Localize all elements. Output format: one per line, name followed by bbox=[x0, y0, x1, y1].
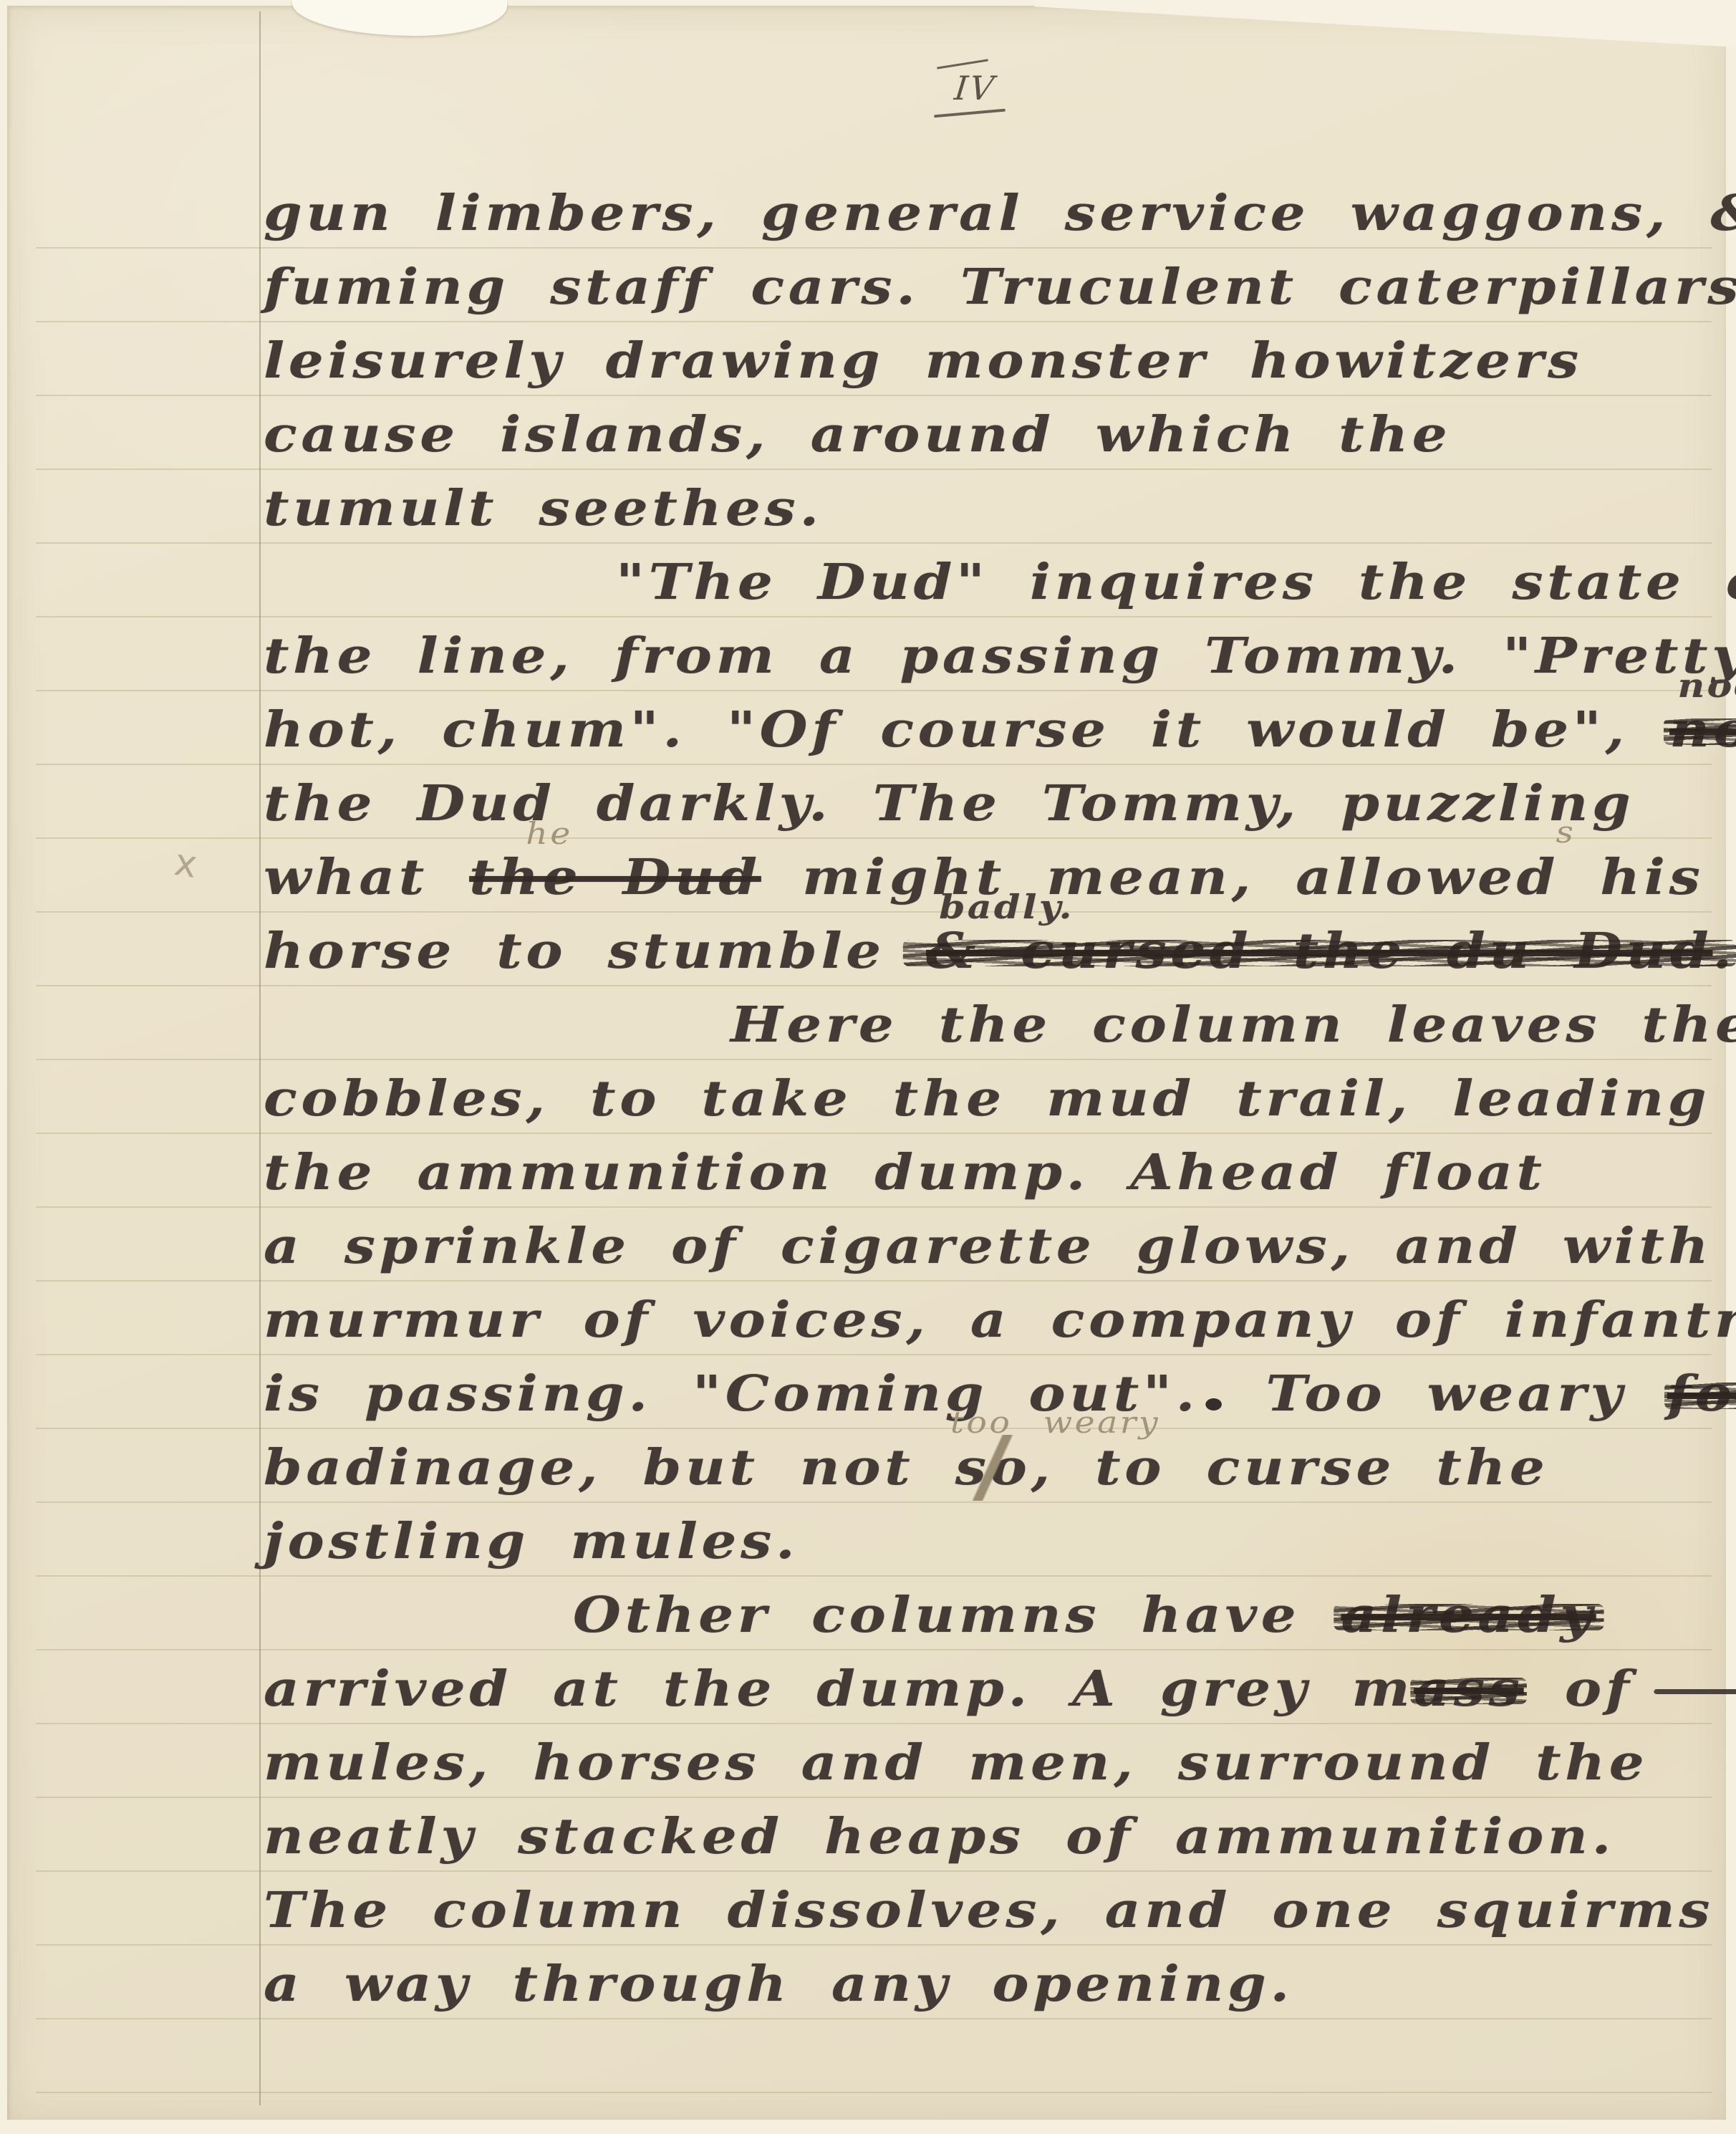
handwriting-text: murmur of voices, a company of infantry bbox=[264, 1292, 1736, 1349]
manuscript-line: fuming staff cars. Truculent caterpillar… bbox=[264, 259, 1736, 316]
handwriting-text: jostling mules. bbox=[264, 1513, 799, 1570]
handwriting-text: Other columns have bbox=[573, 1587, 1341, 1644]
scribbled-out-text: ass bbox=[1414, 1660, 1523, 1718]
handwriting-text: a way through any opening. bbox=[264, 1956, 1293, 2013]
manuscript-line: the Dud darkly. The Tommy, puzzling bbox=[264, 775, 1634, 832]
manuscript-line: badinage, but not too wearyso, to curse … bbox=[264, 1439, 1548, 1496]
manuscript-line: gun limbers, general service waggons, & bbox=[264, 185, 1736, 242]
handwriting-text: the line, from a passing Tommy. "Pretty bbox=[264, 628, 1736, 685]
insertion-text: nods bbox=[1677, 666, 1736, 705]
insertion-text: he bbox=[526, 816, 572, 851]
scribbled-out-text: for bbox=[1667, 1365, 1736, 1423]
handwriting-text: his bbox=[1559, 849, 1704, 906]
manuscript-line: The column dissolves, and one squirms bbox=[264, 1882, 1714, 1939]
handwriting-text: Too weary bbox=[1225, 1365, 1667, 1423]
scribbled-out-text: & cursed the du Dud bbox=[926, 923, 1712, 980]
handwriting-text: horse to stumble bbox=[264, 923, 926, 980]
handwriting-text: Here the column leaves the bbox=[730, 996, 1736, 1054]
handwriting-text: cobbles, to take the mud trail, leading … bbox=[264, 1070, 1736, 1128]
ink-blot bbox=[1205, 1398, 1222, 1410]
manuscript-line: leisurely drawing monster howitzers bbox=[264, 332, 1583, 390]
manuscript-line: murmur of voices, a company of infantry bbox=[264, 1292, 1736, 1349]
manuscript-line: neatly stacked heaps of ammunition. bbox=[264, 1808, 1615, 1865]
handwriting-text: what bbox=[264, 849, 469, 906]
manuscript-line: tumult seethes. bbox=[264, 480, 823, 537]
handwriting-text: might mean, allowed bbox=[761, 849, 1559, 906]
ink-dash bbox=[1654, 1689, 1736, 1694]
manuscript-line: a way through any opening. bbox=[264, 1956, 1293, 2013]
manuscript-line: cobbles, to take the mud trail, leading … bbox=[264, 1070, 1736, 1128]
handwriting-text: the Dud darkly. The Tommy, puzzling bbox=[264, 775, 1634, 832]
manuscript-line: hot, chum". "Of course it would be", nod… bbox=[264, 701, 1736, 759]
scanned-manuscript-screenshot: { "page": { "number": "IV", "margin_mark… bbox=[0, 0, 1736, 2134]
handwriting-text: gun limbers, general service waggons, & bbox=[264, 185, 1736, 242]
manuscript-line: arrived at the dump. A grey mass of bbox=[264, 1660, 1736, 1718]
manuscript-line: horse to stumble badly.& cursed the du D… bbox=[264, 923, 1736, 980]
handwriting-text: "The Dud" inquires the state of bbox=[616, 554, 1736, 611]
handwriting-text: of bbox=[1524, 1660, 1634, 1718]
manuscript-line: Here the column leaves the bbox=[730, 996, 1736, 1054]
struck-out-text: the Dud bbox=[469, 849, 761, 906]
handwriting-text: tumult seethes. bbox=[264, 480, 823, 537]
handwriting-text: badinage, but not bbox=[264, 1439, 955, 1496]
pencil-struck-text: so bbox=[955, 1439, 1031, 1496]
manuscript: gun limbers, general service waggons, &f… bbox=[0, 0, 1736, 2134]
manuscript-line: the ammunition dump. Ahead float bbox=[264, 1144, 1546, 1201]
scribbled-out-text: nodds bbox=[1669, 701, 1736, 759]
handwriting-text: arrived at the dump. A grey m bbox=[264, 1660, 1414, 1718]
manuscript-line: the line, from a passing Tommy. "Pretty bbox=[264, 628, 1736, 685]
handwriting-text: neatly stacked heaps of ammunition. bbox=[264, 1808, 1615, 1865]
manuscript-line: "The Dud" inquires the state of bbox=[616, 554, 1736, 611]
manuscript-line: Other columns have already bbox=[573, 1587, 1596, 1644]
handwriting-text: a sprinkle of cigarette glows, and with … bbox=[264, 1218, 1736, 1275]
manuscript-line: jostling mules. bbox=[264, 1513, 799, 1570]
handwriting-text: The column dissolves, and one squirms bbox=[264, 1882, 1714, 1939]
handwriting-text: fuming staff cars. Truculent caterpillar… bbox=[264, 259, 1736, 316]
handwriting-text: , to curse the bbox=[1031, 1439, 1549, 1496]
insertion-text: s bbox=[1556, 814, 1576, 850]
handwriting-text: hot, chum". "Of course it would be", bbox=[264, 701, 1669, 759]
handwriting-text: cause islands, around which the bbox=[264, 406, 1451, 463]
scribbled-out-text: already bbox=[1341, 1587, 1596, 1644]
manuscript-line: mules, horses and men, surround the bbox=[264, 1734, 1648, 1792]
insertion-text: badly. bbox=[939, 888, 1074, 926]
manuscript-line: a sprinkle of cigarette glows, and with … bbox=[264, 1218, 1736, 1275]
manuscript-line: cause islands, around which the bbox=[264, 406, 1451, 463]
handwriting-text: leisurely drawing monster howitzers bbox=[264, 332, 1583, 390]
handwriting-text: the ammunition dump. Ahead float bbox=[264, 1144, 1546, 1201]
handwriting-text: mules, horses and men, surround the bbox=[264, 1734, 1648, 1792]
